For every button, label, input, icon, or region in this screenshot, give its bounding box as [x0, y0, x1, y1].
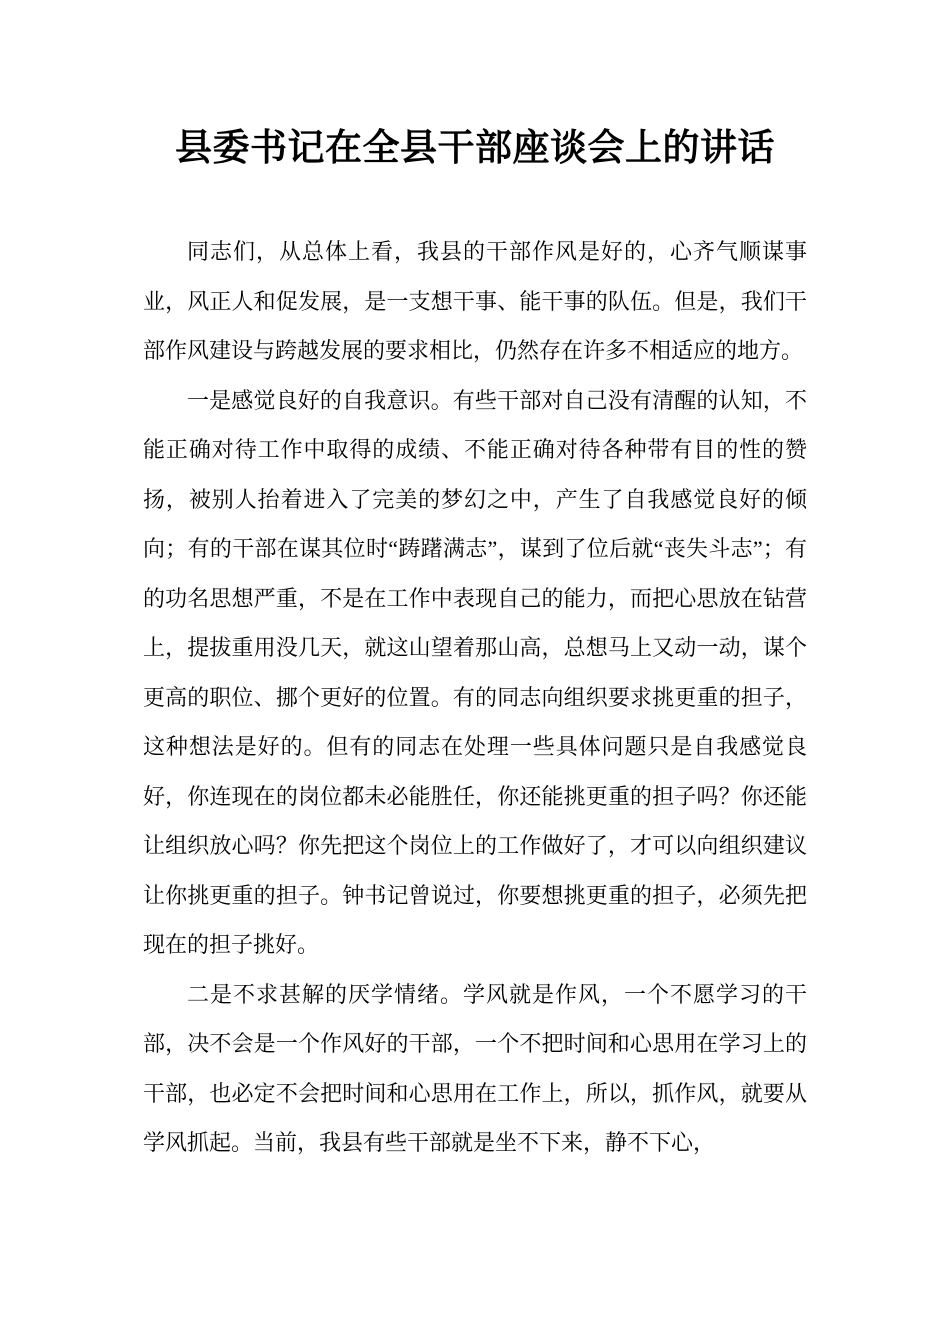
- paragraph: 一是感觉良好的自我意识。有些干部对自己没有清醒的认知，不能正确对待工作中取得的成…: [143, 376, 807, 970]
- document-page: 县委书记在全县干部座谈会上的讲话 同志们，从总体上看，我县的干部作风是好的，心齐…: [0, 0, 950, 1344]
- paragraph: 同志们，从总体上看，我县的干部作风是好的，心齐气顺谋事业，风正人和促发展，是一支…: [143, 227, 807, 376]
- paragraph: 二是不求甚解的厌学情绪。学风就是作风，一个不愿学习的干部，决不会是一个作风好的干…: [143, 970, 807, 1168]
- document-title: 县委书记在全县干部座谈会上的讲话: [0, 0, 950, 171]
- document-body: 同志们，从总体上看，我县的干部作风是好的，心齐气顺谋事业，风正人和促发展，是一支…: [143, 227, 807, 1168]
